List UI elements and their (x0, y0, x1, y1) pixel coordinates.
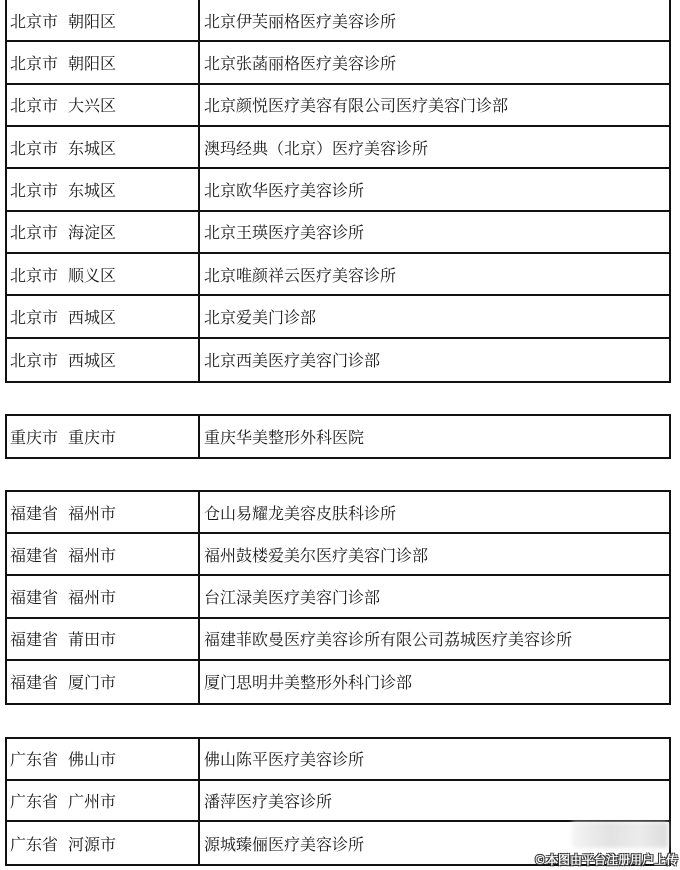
table-row: 北京市朝阳区北京张菡丽格医疗美容诊所 (7, 42, 669, 84)
city-text: 河源市 (68, 832, 116, 855)
region-cell: 北京市西城区 (7, 339, 200, 381)
table-row: 福建省福州市台江渌美医疗美容门诊部 (7, 576, 669, 618)
province-text: 北京市 (10, 348, 58, 371)
region-cell: 重庆市重庆市 (7, 416, 200, 457)
region-cell: 北京市顺义区 (7, 254, 200, 294)
table-row: 广东省佛山市佛山陈平医疗美容诊所 (7, 739, 669, 781)
clinic-name-cell: 北京伊芙丽格医疗美容诊所 (200, 0, 669, 40)
region-cell: 福建省莆田市 (7, 619, 200, 659)
clinic-table-group-beijing: 北京市朝阳区北京伊芙丽格医疗美容诊所北京市朝阳区北京张菡丽格医疗美容诊所北京市大… (5, 0, 671, 383)
city-text: 东城区 (68, 178, 116, 201)
region-cell: 福建省福州市 (7, 576, 200, 616)
province-text: 广东省 (10, 789, 58, 812)
table-row: 北京市顺义区北京唯颜祥云医疗美容诊所 (7, 254, 669, 296)
table-row: 北京市东城区北京欧华医疗美容诊所 (7, 169, 669, 211)
region-cell: 北京市东城区 (7, 127, 200, 167)
province-text: 北京市 (10, 220, 58, 243)
clinic-table-group-chongqing: 重庆市重庆市重庆华美整形外科医院 (5, 414, 671, 459)
province-text: 北京市 (10, 93, 58, 116)
clinic-name-cell: 仓山易耀龙美容皮肤科诊所 (200, 492, 669, 532)
region-cell: 北京市海淀区 (7, 212, 200, 252)
city-text: 福州市 (68, 543, 116, 566)
city-text: 朝阳区 (68, 9, 116, 32)
province-text: 重庆市 (10, 425, 58, 448)
city-text: 莆田市 (68, 627, 116, 650)
region-cell: 北京市朝阳区 (7, 0, 200, 40)
province-text: 北京市 (10, 263, 58, 286)
table-row: 福建省莆田市福建菲欧曼医疗美容诊所有限公司荔城医疗美容诊所 (7, 619, 669, 661)
table-row: 福建省福州市仓山易耀龙美容皮肤科诊所 (7, 492, 669, 534)
clinic-name-cell: 澳玛经典（北京）医疗美容诊所 (200, 127, 669, 167)
clinic-name-cell: 台江渌美医疗美容门诊部 (200, 576, 669, 616)
table-row: 北京市朝阳区北京伊芙丽格医疗美容诊所 (7, 0, 669, 42)
city-text: 佛山市 (68, 747, 116, 770)
city-text: 顺义区 (68, 263, 116, 286)
blurred-region (572, 822, 668, 848)
region-cell: 广东省河源市 (7, 822, 200, 864)
table-row: 北京市西城区北京西美医疗美容门诊部 (7, 339, 669, 381)
city-text: 福州市 (68, 585, 116, 608)
province-text: 福建省 (10, 585, 58, 608)
clinic-name-cell: 厦门思明井美整形外科门诊部 (200, 661, 669, 703)
clinic-name-cell: 重庆华美整形外科医院 (200, 416, 669, 457)
region-cell: 福建省福州市 (7, 534, 200, 574)
city-text: 西城区 (68, 305, 116, 328)
table-row: 广东省广州市潘萍医疗美容诊所 (7, 781, 669, 823)
province-text: 福建省 (10, 543, 58, 566)
city-text: 重庆市 (68, 425, 116, 448)
clinic-name-cell: 福州鼓楼爱美尔医疗美容门诊部 (200, 534, 669, 574)
city-text: 东城区 (68, 136, 116, 159)
clinic-name-cell: 北京爱美门诊部 (200, 296, 669, 336)
watermark-text: ©本图由平台注册用户上传 (534, 851, 678, 868)
city-text: 朝阳区 (68, 51, 116, 74)
city-text: 广州市 (68, 789, 116, 812)
clinic-name-cell: 北京西美医疗美容门诊部 (200, 339, 669, 381)
region-cell: 广东省广州市 (7, 781, 200, 821)
province-text: 北京市 (10, 305, 58, 328)
table-row: 北京市海淀区北京王瑛医疗美容诊所 (7, 212, 669, 254)
clinic-name-cell: 北京王瑛医疗美容诊所 (200, 212, 669, 252)
province-text: 北京市 (10, 9, 58, 32)
region-cell: 福建省福州市 (7, 492, 200, 532)
province-text: 北京市 (10, 178, 58, 201)
city-text: 海淀区 (68, 220, 116, 243)
clinic-table-group-fujian: 福建省福州市仓山易耀龙美容皮肤科诊所福建省福州市福州鼓楼爱美尔医疗美容门诊部福建… (5, 490, 671, 705)
table-row: 福建省福州市福州鼓楼爱美尔医疗美容门诊部 (7, 534, 669, 576)
clinic-name-cell: 北京颜悦医疗美容有限公司医疗美容门诊部 (200, 85, 669, 125)
table-row: 北京市西城区北京爱美门诊部 (7, 296, 669, 338)
province-text: 广东省 (10, 832, 58, 855)
clinic-name-cell: 佛山陈平医疗美容诊所 (200, 739, 669, 779)
table-row: 福建省厦门市厦门思明井美整形外科门诊部 (7, 661, 669, 703)
city-text: 大兴区 (68, 93, 116, 116)
province-text: 北京市 (10, 136, 58, 159)
clinic-name-cell: 北京唯颜祥云医疗美容诊所 (200, 254, 669, 294)
table-row: 北京市大兴区北京颜悦医疗美容有限公司医疗美容门诊部 (7, 85, 669, 127)
clinic-name-cell: 潘萍医疗美容诊所 (200, 781, 669, 821)
city-text: 西城区 (68, 348, 116, 371)
region-cell: 北京市大兴区 (7, 85, 200, 125)
table-row: 重庆市重庆市重庆华美整形外科医院 (7, 416, 669, 457)
region-cell: 福建省厦门市 (7, 661, 200, 703)
region-cell: 北京市东城区 (7, 169, 200, 209)
province-text: 广东省 (10, 747, 58, 770)
region-cell: 北京市西城区 (7, 296, 200, 336)
clinic-name-cell: 北京欧华医疗美容诊所 (200, 169, 669, 209)
region-cell: 广东省佛山市 (7, 739, 200, 779)
province-text: 北京市 (10, 51, 58, 74)
clinic-name-cell: 北京张菡丽格医疗美容诊所 (200, 42, 669, 82)
table-row: 北京市东城区澳玛经典（北京）医疗美容诊所 (7, 127, 669, 169)
province-text: 福建省 (10, 670, 58, 693)
city-text: 福州市 (68, 501, 116, 524)
region-cell: 北京市朝阳区 (7, 42, 200, 82)
province-text: 福建省 (10, 501, 58, 524)
city-text: 厦门市 (68, 670, 116, 693)
clinic-name-cell: 福建菲欧曼医疗美容诊所有限公司荔城医疗美容诊所 (200, 619, 669, 659)
province-text: 福建省 (10, 627, 58, 650)
